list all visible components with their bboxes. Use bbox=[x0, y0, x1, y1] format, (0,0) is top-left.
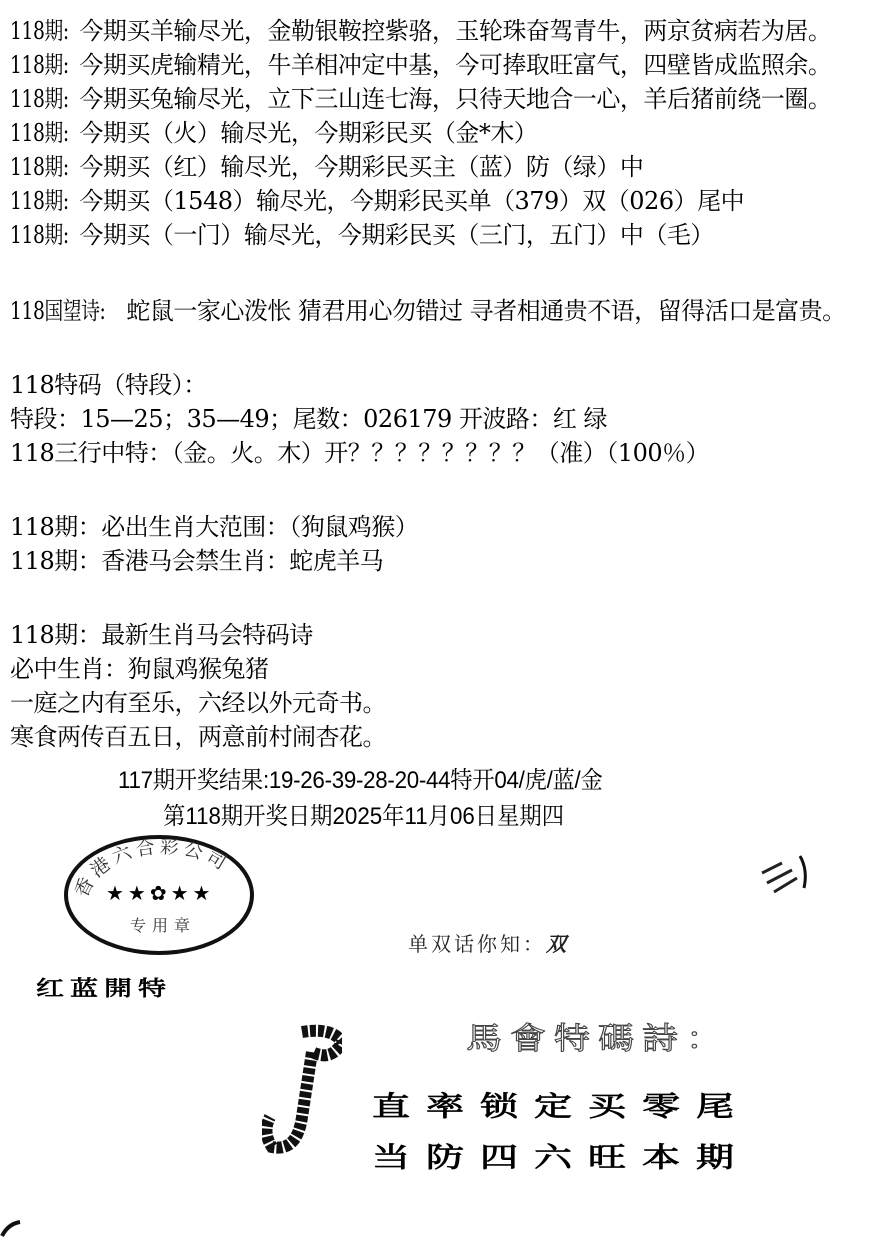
horse-poem-line-2: 当防四六旺本期 bbox=[372, 1135, 750, 1175]
must-zodiac-line: 必中生肖：狗鼠鸡猴兔猪 bbox=[10, 654, 269, 684]
prediction-line-1: 118期:今期买羊输尽光，金勒银鞍控紫骆，玉轮珠奋驾青牛，两京贫病若为居。 bbox=[10, 16, 831, 46]
period-prefix: 118期: bbox=[10, 118, 69, 148]
prediction-text: 今期买兔输尽光，立下三山连七海，只待天地合一心，羊后猪前绕一圈。 bbox=[79, 85, 831, 113]
zodiac-banned-line: 118期：香港马会禁生肖：蛇虎羊马 bbox=[10, 546, 383, 576]
poem-prefix: 118国望诗: bbox=[10, 296, 105, 326]
latest-poem-title: 118期：最新生肖马会特码诗 bbox=[10, 620, 313, 650]
ink-mark-icon bbox=[0, 1218, 30, 1238]
prediction-line-6: 118期:今期买（1548）输尽光，今期彩民买单（379）双（026）尾中 bbox=[10, 186, 744, 216]
period-prefix: 118期: bbox=[10, 186, 69, 216]
zodiac-range-line: 118期：必出生肖大范围：（狗鼠鸡猴） bbox=[10, 512, 418, 542]
previous-draw-result: 117期开奖结果:19-26-39-28-20-44特开04/虎/蓝/金 bbox=[118, 760, 603, 795]
odd-even-value: 双 bbox=[546, 932, 569, 956]
ink-smudge-icon bbox=[752, 848, 812, 898]
period-prefix: 118期: bbox=[10, 16, 69, 46]
prediction-text: 今期买羊输尽光，金勒银鞍控紫骆，玉轮珠奋驾青牛，两京贫病若为居。 bbox=[79, 17, 831, 45]
period-prefix: 118期: bbox=[10, 152, 69, 182]
prediction-line-4: 118期:今期买（火）输尽光，今期彩民买（金*木） bbox=[10, 118, 537, 148]
prediction-text: 今期买（火）输尽光，今期彩民买（金*木） bbox=[79, 119, 537, 147]
prediction-text: 今期买（一门）输尽光，今期彩民买（三门，五门）中（毛） bbox=[79, 221, 714, 249]
poem-text: 蛇鼠一家心泼怅 猜君用心勿错过 寻者相通贵不语，留得活口是富贵。 bbox=[126, 297, 845, 325]
special-segments-line: 特段：15—25；35—49；尾数：026179 开波路：红 绿 bbox=[10, 404, 607, 434]
odd-even-label: 单双话你知： bbox=[408, 932, 546, 956]
next-draw-date: 第118期开奖日期2025年11月06日星期四 bbox=[163, 796, 564, 831]
national-poem-line: 118国望诗:蛇鼠一家心泼怅 猜君用心勿错过 寻者相通贵不语，留得活口是富贵。 bbox=[10, 296, 846, 326]
stamp-stars: ★★✿★★ bbox=[106, 881, 214, 905]
period-prefix: 118期: bbox=[10, 220, 69, 250]
red-blue-label: 红蓝開特 bbox=[36, 972, 172, 1002]
prediction-text: 今期买（1548）输尽光，今期彩民买单（379）双（026）尾中 bbox=[79, 187, 744, 215]
prediction-line-5: 118期:今期买（红）输尽光，今期彩民买主（蓝）防（绿）中 bbox=[10, 152, 643, 182]
period-prefix: 118期: bbox=[10, 50, 69, 80]
period-prefix: 118期: bbox=[10, 84, 69, 114]
stamp-bottom-text: 专用章 bbox=[130, 913, 196, 936]
horse-poem-title: 馬會特碼詩： bbox=[466, 1015, 730, 1058]
horse-poem-line-1: 直率锁定买零尾 bbox=[372, 1084, 750, 1124]
poem-verse-1: 一庭之内有至乐，六经以外元奇书。 bbox=[10, 688, 386, 718]
prediction-line-2: 118期:今期买虎输精光，牛羊相冲定中基，今可捧取旺富气，四壁皆成监照余。 bbox=[10, 50, 831, 80]
prediction-text: 今期买虎输精光，牛羊相冲定中基，今可捧取旺富气，四壁皆成监照余。 bbox=[79, 51, 831, 79]
prediction-line-7: 118期:今期买（一门）输尽光，今期彩民买（三门，五门）中（毛） bbox=[10, 220, 714, 250]
odd-even-line: 单双话你知：双 bbox=[408, 928, 569, 957]
hook-ornament-icon bbox=[262, 1022, 342, 1162]
poem-verse-2: 寒食两传百五日，两意前村闹杏花。 bbox=[10, 722, 386, 752]
five-elements-line: 118三行中特：（金。火。木）开？？？？？？？？（准）（100％） bbox=[10, 438, 709, 468]
special-code-title: 118特码（特段）： bbox=[10, 370, 207, 400]
company-stamp: 香港六合彩公司 ★★✿★★ 专用章 bbox=[64, 835, 254, 955]
prediction-text: 今期买（红）输尽光，今期彩民买主（蓝）防（绿）中 bbox=[79, 153, 643, 181]
prediction-line-3: 118期:今期买兔输尽光，立下三山连七海，只待天地合一心，羊后猪前绕一圈。 bbox=[10, 84, 831, 114]
